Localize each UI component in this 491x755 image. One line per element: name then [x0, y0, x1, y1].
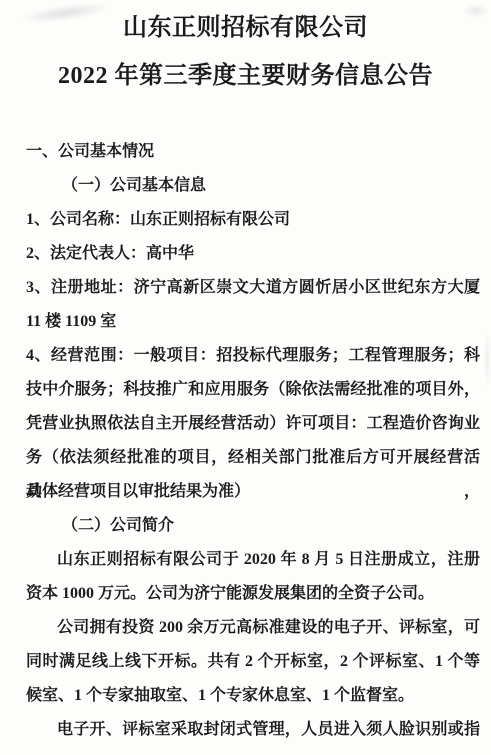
- text-line: 资本 1000 万元。公司为济宁能源发展集团的全资子公司。: [26, 577, 480, 611]
- text-line: 同时满足线上线下开标。共有 2 个开标室，2 个评标室、1 个等: [26, 645, 480, 679]
- text-line: （二）公司简介: [26, 509, 480, 543]
- text-line: 电子开、评标室采取封闭式管理，人员进入须人脸识别或指: [26, 713, 480, 747]
- text-line: 公司拥有投资 200 余万元高标准建设的电子开、评标室，可: [26, 611, 480, 645]
- text-line: 2、法定代表人：高中华: [26, 237, 480, 271]
- document-body: 一、公司基本情况（一）公司基本信息1、公司名称：山东正则招标有限公司2、法定代表…: [0, 135, 491, 747]
- text-line: 凭营业执照依法自主开展经营活动）许可项目：工程造价咨询业: [26, 407, 480, 441]
- text-line: 3、注册地址：济宁高新区崇文大道方圆忻居小区世纪东方大厦: [26, 271, 480, 305]
- text-line: 山东正则招标有限公司于 2020 年 8 月 5 日注册成立，注册: [26, 543, 480, 577]
- text-line: 11 楼 1109 室: [26, 305, 480, 339]
- document-subtitle: 2022 年第三季度主要财务信息公告: [0, 61, 491, 91]
- text-line: 务（依法须经批准的项目，经相关部门批准后方可开展经营活动，: [26, 441, 480, 475]
- text-line: 技中介服务；科技推广和应用服务（除依法需经批准的项目外，: [26, 373, 480, 407]
- text-line: 候室、1 个专家抽取室、1 个专家休息室、1 个监督室。: [26, 679, 480, 713]
- text-line: 1、公司名称：山东正则招标有限公司: [26, 203, 480, 237]
- text-line: 4、经营范围：一般项目：招投标代理服务；工程管理服务；科: [26, 339, 480, 373]
- document-title: 山东正则招标有限公司: [0, 0, 491, 43]
- document-page: 山东正则招标有限公司 2022 年第三季度主要财务信息公告 一、公司基本情况（一…: [0, 0, 491, 755]
- text-line: （一）公司基本信息: [26, 169, 480, 203]
- text-line: 一、公司基本情况: [26, 135, 480, 169]
